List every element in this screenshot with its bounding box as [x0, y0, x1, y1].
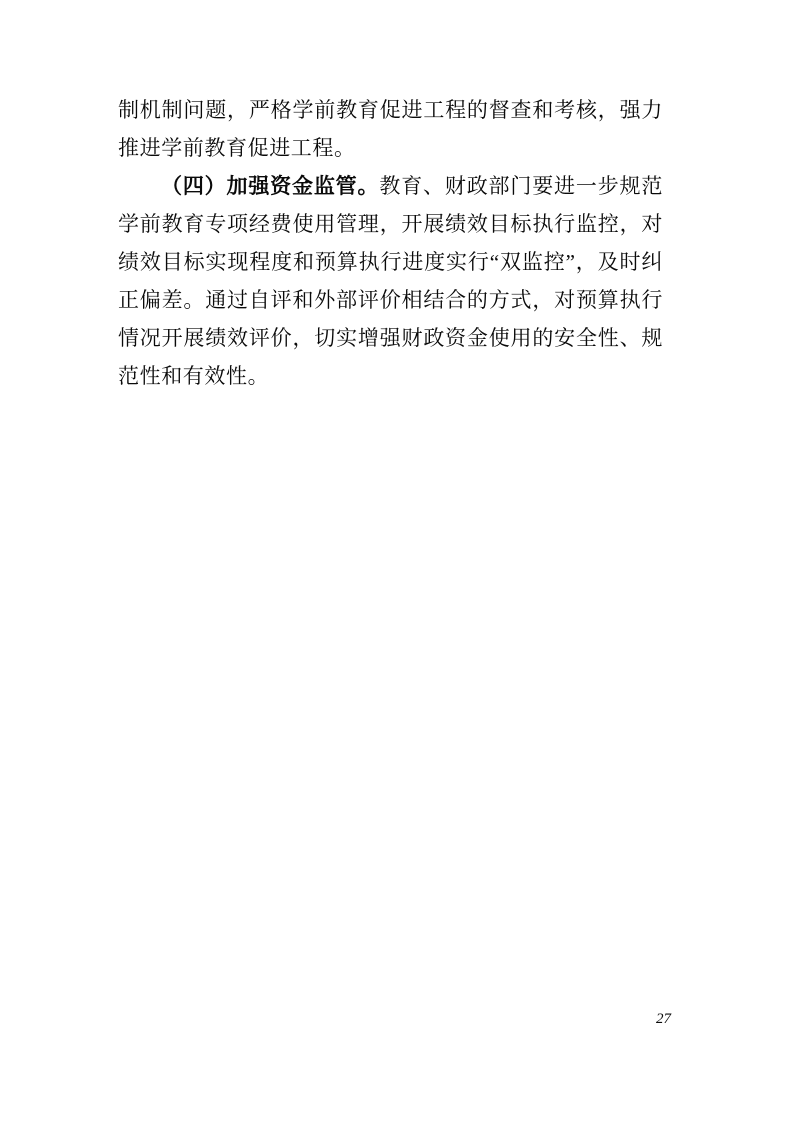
paragraph-section-four: （四）加强资金监管。教育、财政部门要进一步规范学前教育专项经费使用管理，开展绩效…	[118, 167, 663, 395]
paragraph-continuation: 制机制问题，严格学前教育促进工程的督查和考核，强力推进学前教育促进工程。	[118, 91, 663, 167]
page-content: 制机制问题，严格学前教育促进工程的督查和考核，强力推进学前教育促进工程。 （四）…	[118, 91, 663, 395]
page-number: 27	[656, 1011, 671, 1028]
section-heading-run: （四）加强资金监管。	[161, 174, 379, 198]
body-text-run: 制机制问题，严格学前教育促进工程的督查和考核，强力推进学前教育促进工程。	[118, 98, 663, 160]
body-text-run: 教育、财政部门要进一步规范学前教育专项经费使用管理，开展绩效目标执行监控，对绩效…	[118, 174, 663, 388]
document-page: 制机制问题，严格学前教育促进工程的督查和考核，强力推进学前教育促进工程。 （四）…	[0, 0, 793, 1122]
